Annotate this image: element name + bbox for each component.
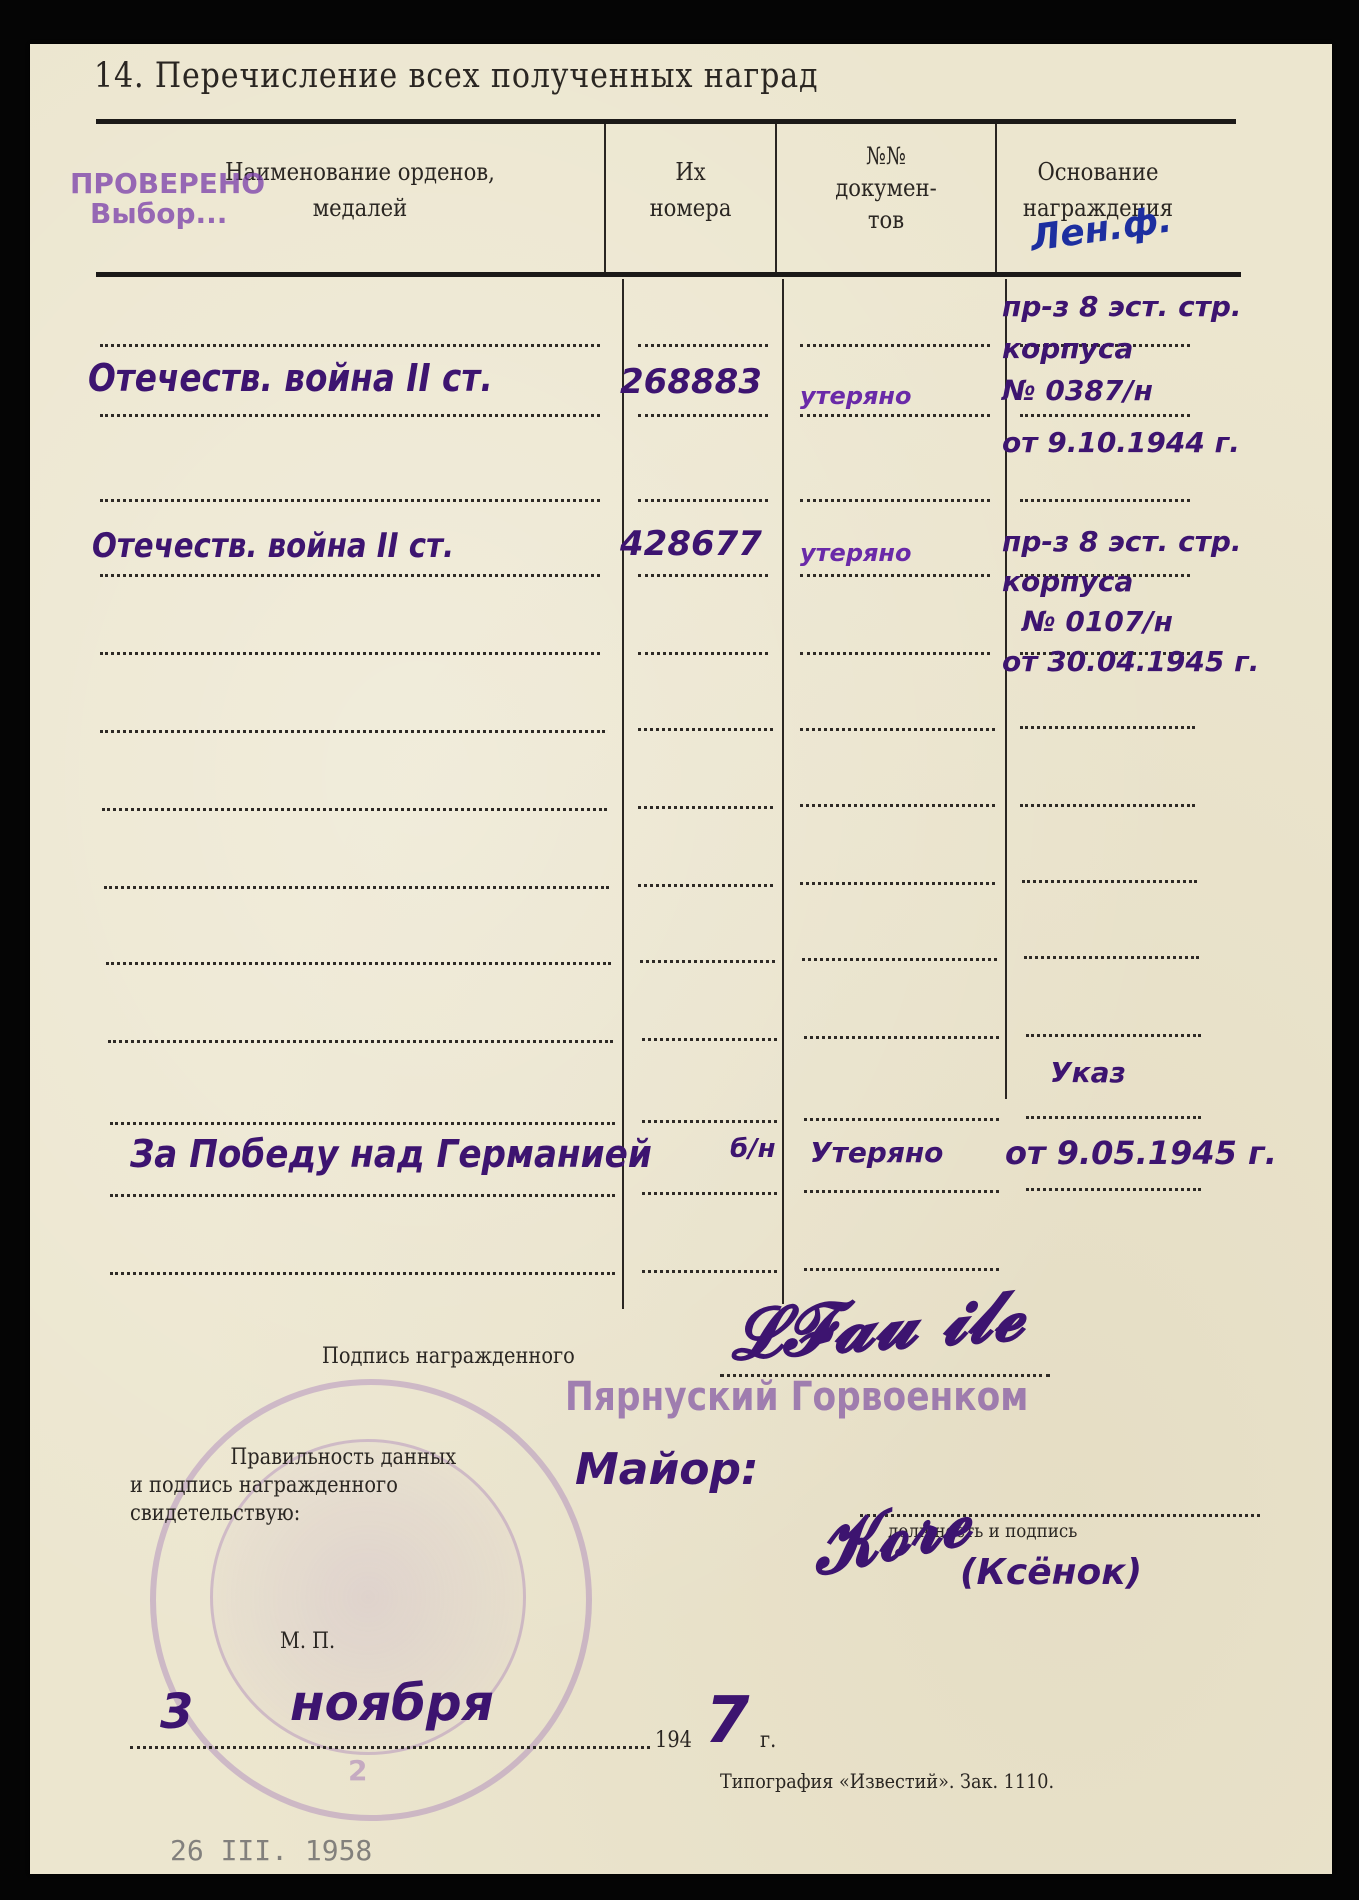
section-title: 14. Перечисление всех полученных наград [94,56,818,96]
header-document-numbers: №№ докумен- тов [793,140,980,236]
basis-line: от 9.10.1944 г. [1002,422,1242,464]
basis-line: № 0387/н [1002,370,1242,412]
certify-line: и подпись награжденного [130,1472,456,1500]
top-stamp: ПРОВЕРЕНО Выбор... [70,169,265,229]
printer-note: Типография «Известий». Зак. 1110. [720,1769,1054,1793]
column-divider [604,124,606,272]
table-header-rule [96,272,1241,277]
award-document: Утеряно [810,1136,943,1169]
bottom-date-stamp: 26 III. 1958 [170,1834,372,1867]
award-document: утеряно [800,539,912,567]
basis-line: от 30.04.1945 г. [1002,642,1259,682]
stamp-line: Выбор... [90,199,265,229]
column-divider [782,279,784,1304]
rank-handwritten: Майор: [575,1444,759,1495]
signer-name: (Ксёнок) [960,1552,1142,1593]
basis-line: пр-з 8 эст. стр. [1002,522,1259,562]
column-divider [775,124,777,272]
header-line: Основание [1010,154,1186,190]
certify-line: Правильность данных [230,1444,456,1472]
certify-text: Правильность данных и подпись награжденн… [130,1444,456,1528]
award-number: 428677 [620,524,762,564]
award-name: За Победу над Германией [130,1132,652,1176]
header-line: номера [618,190,763,226]
date-year-prefix: 194 [655,1728,692,1753]
award-basis-line: от 9.05.1945 г. [1005,1134,1277,1172]
stamp-line: ПРОВЕРЕНО [70,169,265,199]
award-number: б/н [730,1134,776,1164]
date-day: 3 [160,1684,193,1740]
header-award-numbers: Их номера [618,154,763,226]
award-basis: пр-з 8 эст. стр. корпуса № 0387/н от 9.1… [1002,286,1242,464]
header-line: №№ [793,140,980,172]
table-top-rule [96,119,1236,124]
mp-label: М. П. [280,1629,335,1654]
award-document: утеряно [800,382,912,410]
header-line: Их [618,154,763,190]
certify-line: свидетельствую: [130,1500,456,1528]
award-name: Отечеств. война II ст. [92,526,454,566]
basis-line: № 0107/н [1022,602,1259,642]
date-year-digit: 7 [705,1684,750,1758]
date-month: ноября [290,1674,494,1732]
office-stamp: Пярнуский Горвоенком [565,1374,1028,1420]
officer-signature: 𝓚𝓸𝓻𝓮 [803,1478,977,1593]
seal-number: 2 [348,1754,367,1787]
award-name: Отечеств. война II ст. [88,356,493,400]
basis-line: пр-з 8 эст. стр. [1002,286,1242,328]
basis-line: корпуса [1002,562,1259,602]
header-line: тов [793,204,980,236]
award-basis: пр-з 8 эст. стр. корпуса № 0107/н от 30.… [1002,522,1259,682]
awardee-signature: 𝓛𝓕𝓪𝓾 𝓲𝓵𝓮 [727,1274,1026,1377]
column-divider [995,124,997,272]
basis-line: корпуса [1002,328,1242,370]
date-suffix: г. [760,1728,776,1753]
header-line: докумен- [793,172,980,204]
award-number: 268883 [620,362,762,402]
award-basis-line: Указ [1050,1056,1126,1089]
date-line [130,1746,650,1749]
signature-label: Подпись награжденного [322,1344,575,1369]
document-page: 14. Перечисление всех полученных наград … [30,44,1332,1874]
